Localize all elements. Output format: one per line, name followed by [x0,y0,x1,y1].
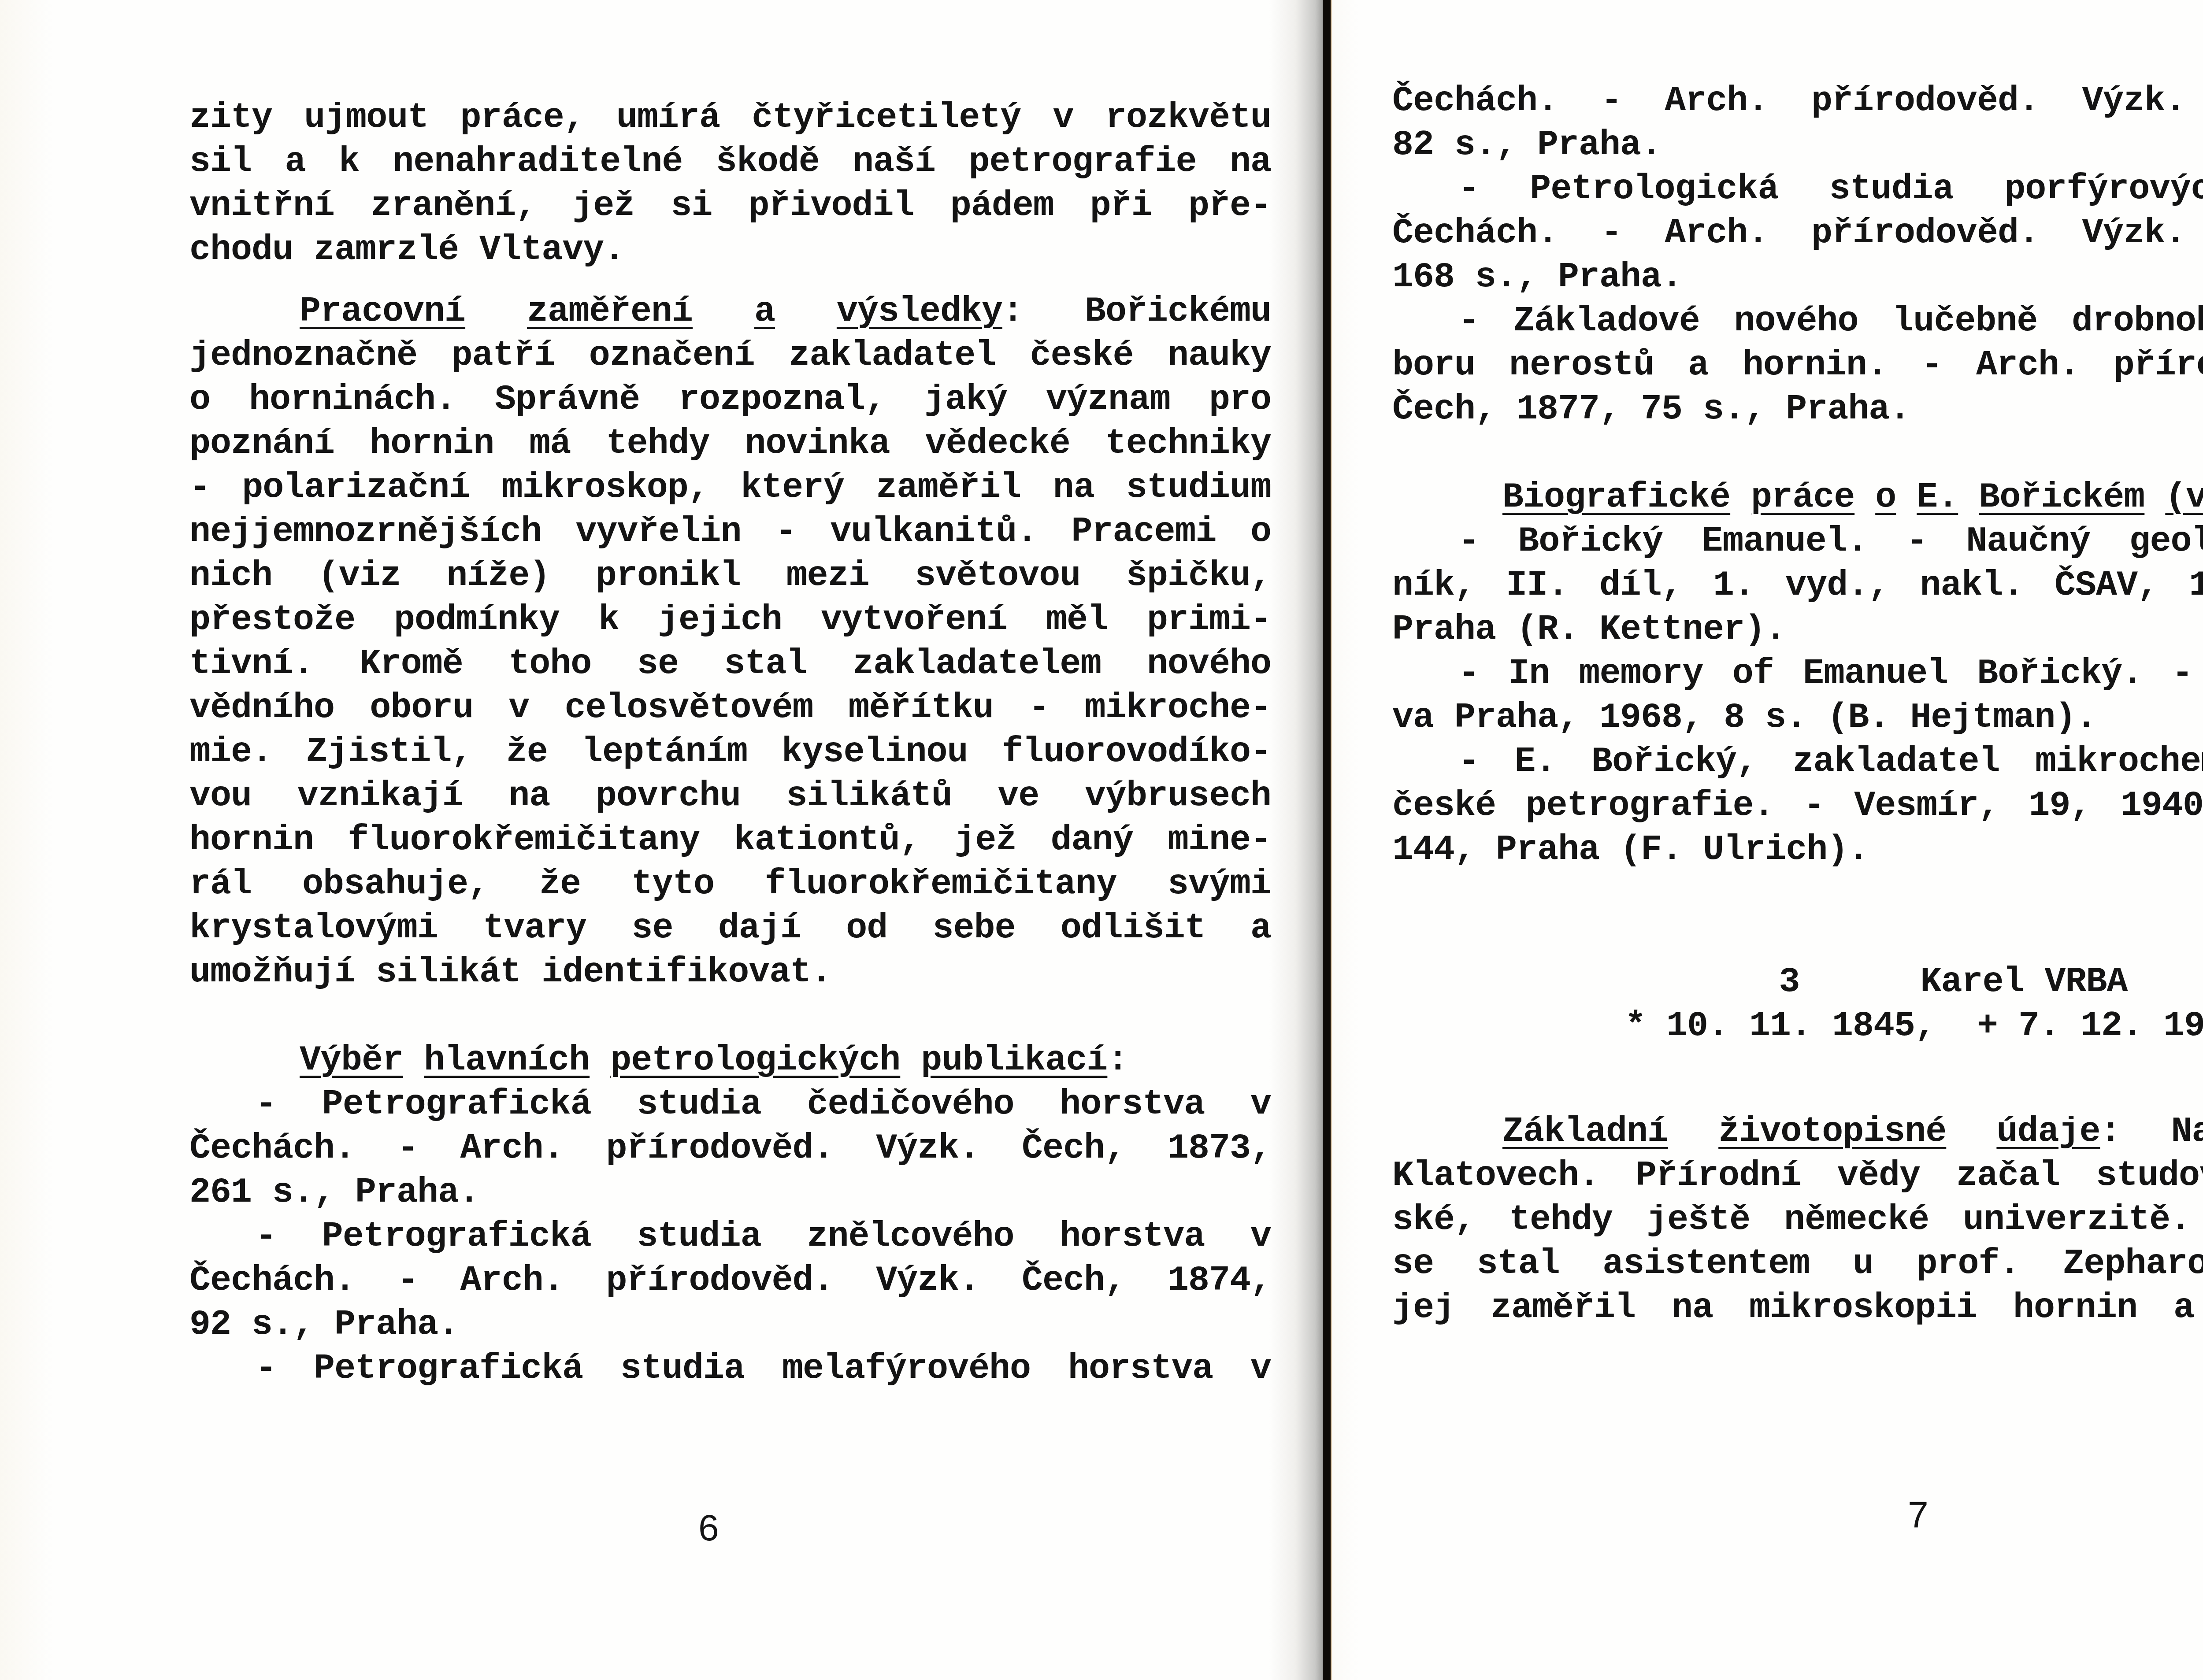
intro-line: zity ujmout práce, umírá čtyřicetiletý v… [189,96,1271,140]
publication-line: Čechách. - Arch. přírodověd. Výzk. Čech,… [189,1259,1271,1303]
section-biographies-heading: Biografické práce o E. Bořickém (výběr): [1392,476,2203,520]
heading-word: Výběr [300,1040,403,1081]
work-line: vou vznikají na povrchu silikátů ve výbr… [189,774,1271,818]
publication-line: Čech, 1877, 75 s., Praha. [1392,388,2203,432]
publication-line: - Petrografická studia čedičového horstv… [189,1083,1271,1127]
publication-line: - Petrologická studia porfýrových hornin… [1392,167,2203,211]
heading-colon: : [2100,1110,2121,1154]
heading-word: práce [1751,477,1854,518]
publication-entry: - Základové nového lučebně drobnohlednéh… [1392,300,2203,432]
heading-word: hlavních [424,1040,590,1081]
heading-continuation: Narodil [2171,1110,2203,1154]
work-line: umožňují silikát identifikovat. [189,951,1271,995]
publication-line: 168 s., Praha. [1392,255,2203,300]
biography-line: ník, II. díl, 1. vyd., nakl. ČSAV, 1961,… [1392,564,2203,608]
heading-continuation: Bořickému [1085,290,1271,334]
biography-list: - Bořický Emanuel. - Naučný geologický s… [1392,520,2203,872]
intro-paragraph: zity ujmout práce, umírá čtyřicetiletý v… [189,96,1271,272]
work-line: o horninách. Správně rozpoznal, jaký výz… [189,378,1271,422]
bio-line: se stal asistentem u prof. Zepharoviche,… [1392,1242,2203,1286]
section-publications-heading: Výběr hlavních petrologických publikací: [189,1039,1271,1083]
publication-list: - Petrografická studia čedičového horstv… [189,1083,1271,1391]
heading-word: E. [1917,477,1958,518]
book-spine-gutter [1323,0,1331,1680]
section-work-body: jednoznačně patří označení zakladatel če… [189,334,1271,995]
heading-word: (výběr) [2165,477,2203,518]
section-work: Pracovnízaměřeníavýsledky:Bořickému jedn… [189,290,1271,995]
heading-word: Pracovní [300,290,465,334]
continued-publication: Čechách. - Arch. přírodověd. Výzk. Čech,… [1392,79,2203,167]
bio-line: Klatovech. Přírodní vědy začal studovat … [1392,1154,2203,1198]
section-work-heading: Pracovnízaměřeníavýsledky:Bořickému [189,290,1271,334]
publication-entry: - Petrografická studia čedičového horstv… [189,1083,1271,1215]
heading-word: Biografické [1502,477,1730,518]
bio-line: jej zaměřil na mikroskopii hornin a horn… [1392,1286,2203,1330]
left-page-text: zity ujmout práce, umírá čtyřicetiletý v… [189,96,1271,1391]
right-page-text: Čechách. - Arch. přírodověd. Výzk. Čech,… [1392,79,2203,1330]
heading-word: zaměření [527,290,693,334]
person-number: 3 [1779,962,1799,1002]
work-line: nejjemnozrnějších vyvřelin - vulkanitů. … [189,510,1271,554]
heading-colon: : [1002,290,1023,334]
biography-entry: - E. Bořický, zakladatel mikrochemie a t… [1392,740,2203,872]
heading-word: životopisné [1718,1110,1946,1154]
heading-word: Bořickém [1979,477,2144,518]
publication-entry: - Petrografická studia znělcového horstv… [189,1215,1271,1347]
person-name: Karel VRBA [1920,962,2127,1002]
work-line: nich (viz níže) pronikl mezi světovou šp… [189,554,1271,598]
section-biographies: Biografické práce o E. Bořickém (výběr):… [1392,476,2203,872]
biography-entry: - Bořický Emanuel. - Naučný geologický s… [1392,520,2203,652]
work-line: tivní. Kromě toho se stal zakladatelem n… [189,642,1271,686]
heading-word: publikací [921,1040,1107,1081]
page-number-right: 7 [1908,1493,1929,1536]
publication-list-continued: - Petrologická studia porfýrových hornin… [1392,167,2203,432]
publication-line: 92 s., Praha. [189,1303,1271,1347]
biography-line: - In memory of Emanuel Bořický. - Univ. … [1392,652,2203,696]
heading-word: Základní [1502,1110,1668,1154]
bio-line: ské, tehdy ještě německé univerzitě. V r… [1392,1198,2203,1242]
publication-line: 261 s., Praha. [189,1171,1271,1215]
work-line: hornin fluorokřemičitany kationtů, jež d… [189,818,1271,862]
heading-word: a [754,290,775,334]
page-number-left: 6 [698,1506,719,1549]
publication-entry: - Petrologická studia porfýrových hornin… [1392,167,2203,300]
work-line: přestože podmínky k jejich vytvoření měl… [189,598,1271,642]
publication-line: - Základové nového lučebně drobnohlednéh… [1392,300,2203,344]
work-line: krystalovými tvary se dají od sebe odliš… [189,907,1271,951]
person-header: 3 Karel VRBA * 10. 11. 1845, + 7. 12. 19… [1392,960,2203,1048]
biography-line: české petrografie. - Vesmír, 19, 1940-1,… [1392,784,2203,828]
biography-line: - E. Bořický, zakladatel mikrochemie a t… [1392,740,2203,784]
intro-line: chodu zamrzlé Vltavy. [189,228,1271,272]
publication-line: Čechách. - Arch. přírodověd. Výzk. Čech,… [1392,79,2203,123]
section-bio: Základníživotopisnéúdaje:Narodilsev Klat… [1392,1110,2203,1330]
work-line: mie. Zjistil, že leptáním kyselinou fluo… [189,730,1271,774]
section-bio-body: Klatovech. Přírodní vědy začal studovat … [1392,1154,2203,1330]
work-line: - polarizační mikroskop, který zaměřil n… [189,466,1271,510]
person-dates: * 10. 11. 1845, + 7. 12. 1922 [1392,1004,2203,1048]
work-line: rál obsahuje, že tyto fluorokřemičitany … [189,862,1271,907]
publication-line: Čechách. - Arch. přírodověd. Výzk. Čech,… [1392,211,2203,255]
section-bio-heading: Základníživotopisnéúdaje:Narodilsev [1392,1110,2203,1154]
biography-entry: - In memory of Emanuel Bořický. - Univ. … [1392,652,2203,740]
intro-line: sil a k nenahraditelné škodě naší petrog… [189,140,1271,184]
section-publications: Výběr hlavních petrologických publikací:… [189,1039,1271,1391]
biography-line: 144, Praha (F. Ulrich). [1392,828,2203,872]
person-title: 3 Karel VRBA [1392,960,2203,1004]
biography-line: - Bořický Emanuel. - Naučný geologický s… [1392,520,2203,564]
publication-entry: - Petrografická studia melafýrového hors… [189,1347,1271,1391]
work-line: jednoznačně patří označení zakladatel če… [189,334,1271,378]
biography-line: va Praha, 1968, 8 s. (B. Hejtman). [1392,696,2203,740]
publication-line: - Petrografická studia znělcového horstv… [189,1215,1271,1259]
intro-line: vnitřní zranění, jež si přivodil pádem p… [189,184,1271,228]
heading-word: výsledky [837,290,1002,334]
work-line: poznání hornin má tehdy novinka vědecké … [189,422,1271,466]
publication-line: - Petrografická studia melafýrového hors… [189,1347,1271,1391]
publication-line: boru nerostů a hornin. - Arch. přírodově… [1392,344,2203,388]
heading-word: petrologických [610,1040,900,1081]
publication-line: Čechách. - Arch. přírodověd. Výzk. Čech,… [189,1127,1271,1171]
work-line: vědního oboru v celosvětovém měřítku - m… [189,686,1271,730]
biography-line: Praha (R. Kettner). [1392,608,2203,652]
heading-colon: : [1107,1040,1128,1081]
heading-word: o [1875,477,1896,518]
publication-line: 82 s., Praha. [1392,123,2203,167]
heading-word: údaje [1996,1110,2100,1154]
